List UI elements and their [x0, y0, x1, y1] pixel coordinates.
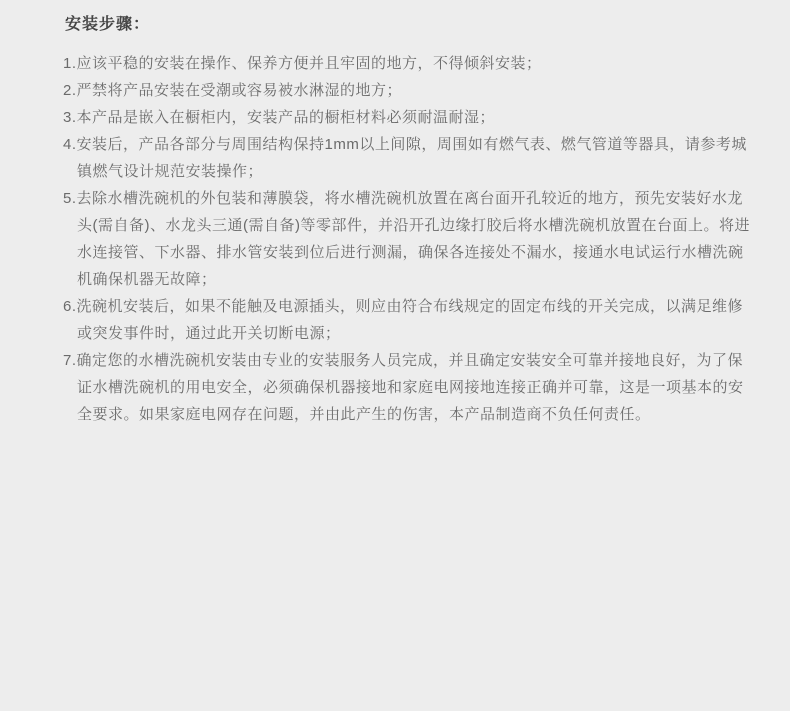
- list-item: 2.严禁将产品安装在受潮或容易被水淋湿的地方；: [63, 77, 755, 104]
- step-number: 2.: [63, 82, 77, 99]
- list-item: 7.确定您的水槽洗碗机安装由专业的安装服务人员完成，并且确定安装安全可靠并接地良…: [63, 347, 755, 428]
- step-text: 去除水槽洗碗机的外包装和薄膜袋，将水槽洗碗机放置在离台面开孔较近的地方，预先安装…: [77, 190, 750, 288]
- list-item: 4.安装后，产品各部分与周围结构保持1mm以上间隙，周围如有燃气表、燃气管道等器…: [63, 131, 755, 185]
- step-number: 7.: [63, 352, 77, 369]
- installation-instructions-document: 安装步骤： 1.应该平稳的安装在操作、保养方便并且牢固的地方，不得倾斜安装； 2…: [0, 0, 790, 428]
- list-item: 5.去除水槽洗碗机的外包装和薄膜袋，将水槽洗碗机放置在离台面开孔较近的地方，预先…: [63, 185, 755, 293]
- step-text: 本产品是嵌入在橱柜内，安装产品的橱柜材料必须耐温耐湿；: [77, 109, 496, 126]
- list-item: 3.本产品是嵌入在橱柜内，安装产品的橱柜材料必须耐温耐湿；: [63, 104, 755, 131]
- installation-steps-list: 1.应该平稳的安装在操作、保养方便并且牢固的地方，不得倾斜安装； 2.严禁将产品…: [63, 50, 755, 428]
- page-title: 安装步骤：: [65, 14, 755, 50]
- step-text: 确定您的水槽洗碗机安装由专业的安装服务人员完成，并且确定安装安全可靠并接地良好，…: [77, 352, 744, 423]
- step-text: 严禁将产品安装在受潮或容易被水淋湿的地方；: [77, 82, 403, 99]
- step-number: 6.: [63, 298, 77, 315]
- step-number: 3.: [63, 109, 77, 126]
- step-text: 洗碗机安装后，如果不能触及电源插头，则应由符合布线规定的固定布线的开关完成，以满…: [77, 298, 744, 342]
- list-item: 6.洗碗机安装后，如果不能触及电源插头，则应由符合布线规定的固定布线的开关完成，…: [63, 293, 755, 347]
- step-text: 应该平稳的安装在操作、保养方便并且牢固的地方，不得倾斜安装；: [77, 55, 542, 72]
- step-number: 4.: [63, 136, 77, 153]
- list-item: 1.应该平稳的安装在操作、保养方便并且牢固的地方，不得倾斜安装；: [63, 50, 755, 77]
- step-number: 1.: [63, 55, 77, 72]
- step-number: 5.: [63, 190, 77, 207]
- step-text: 安装后，产品各部分与周围结构保持1mm以上间隙，周围如有燃气表、燃气管道等器具，…: [77, 136, 747, 180]
